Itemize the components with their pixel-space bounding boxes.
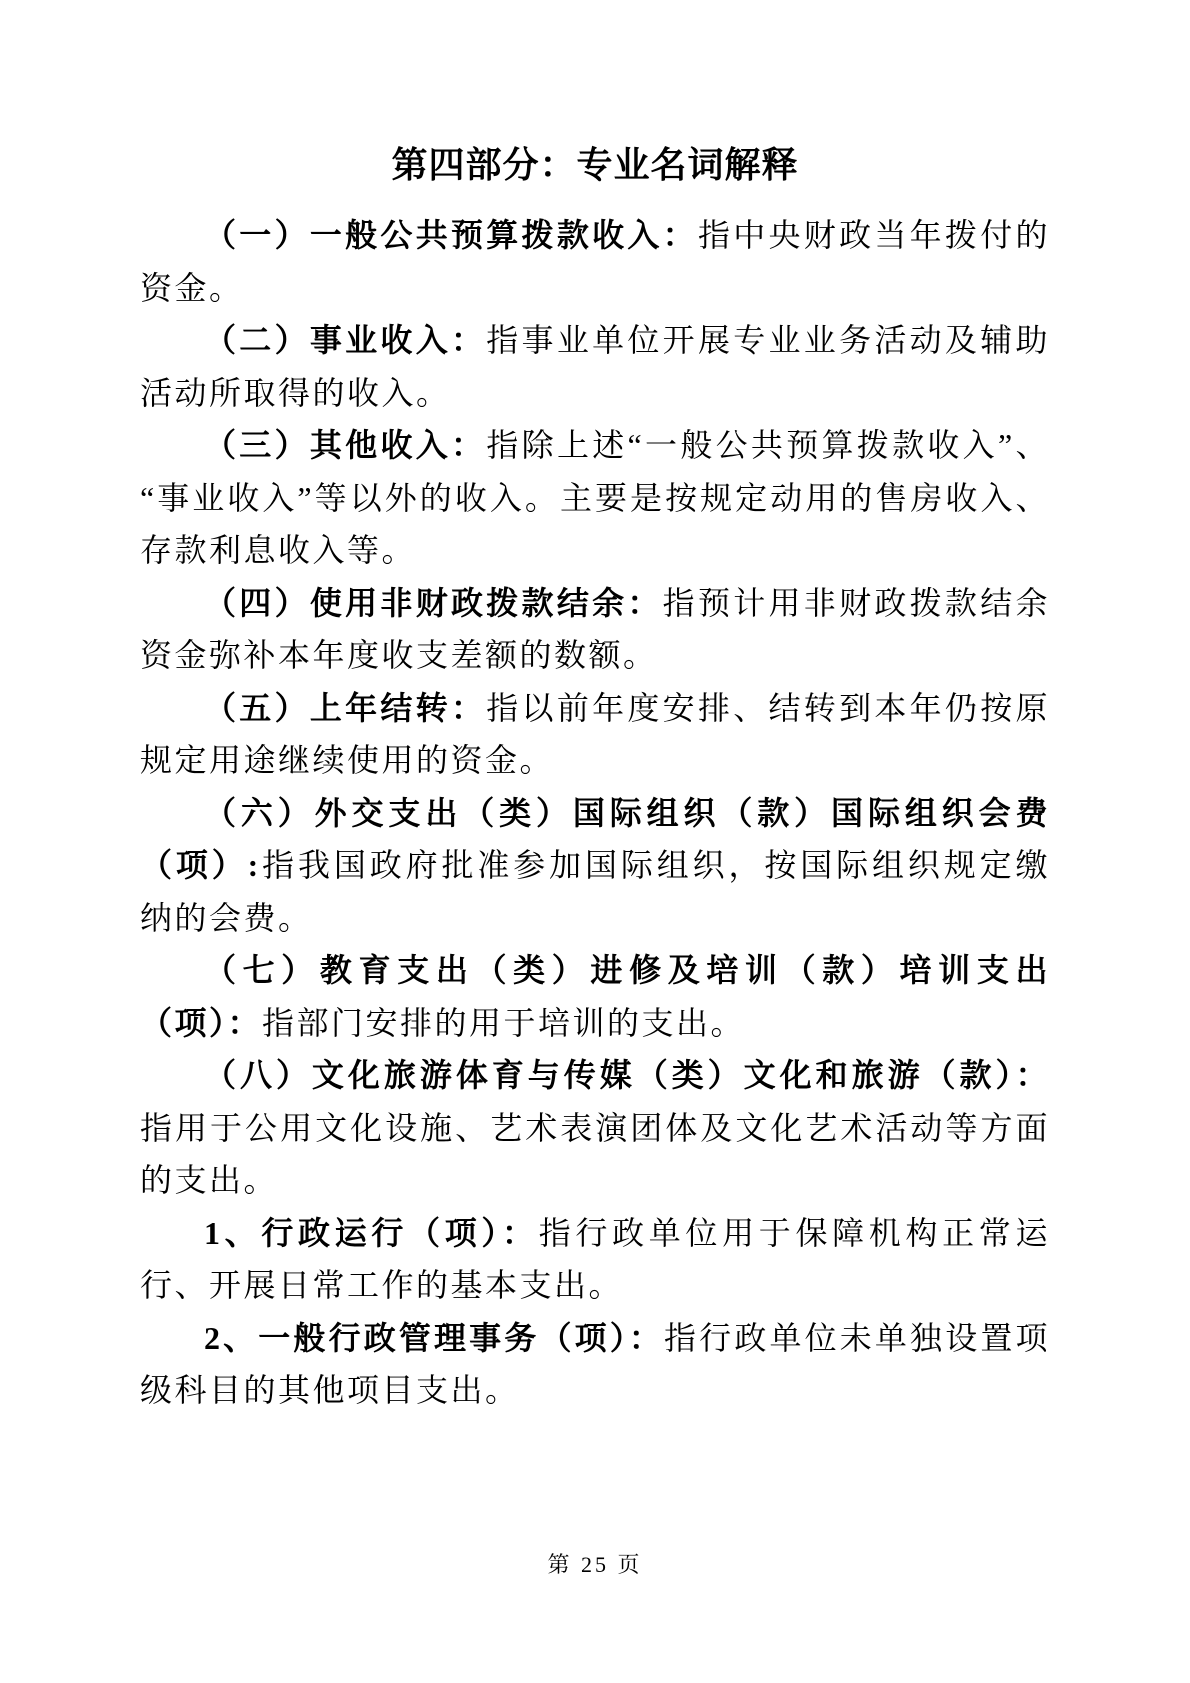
definition-paragraph: （六）外交支出（类）国际组织（款）国际组织会费（项）:指我国政府批准参加国际组织… [140,787,1050,945]
document-page: 第四部分：专业名词解释 （一）一般公共预算拨款收入：指中央财政当年拨付的资金。 … [0,0,1190,1683]
page-title: 第四部分：专业名词解释 [140,135,1050,195]
document-content: 第四部分：专业名词解释 （一）一般公共预算拨款收入：指中央财政当年拨付的资金。 … [140,135,1050,1417]
page-footer: 第 25 页 [0,1548,1190,1579]
term-definition: 指部门安排的用于培训的支出。 [262,1005,745,1041]
definition-paragraph: （三）其他收入：指除上述“一般公共预算拨款收入”、“事业收入”等以外的收入。主要… [140,419,1050,577]
term-label: （二）事业收入： [204,322,486,358]
term-label: 2、一般行政管理事务（项）： [204,1320,664,1356]
term-label: （八）文化旅游体育与传媒（类）文化和旅游（款）： [204,1057,1050,1093]
definition-paragraph: （二）事业收入：指事业单位开展专业业务活动及辅助活动所取得的收入。 [140,314,1050,419]
definition-paragraph: 1、行政运行（项）：指行政单位用于保障机构正常运行、开展日常工作的基本支出。 [140,1207,1050,1312]
definition-paragraph: （一）一般公共预算拨款收入：指中央财政当年拨付的资金。 [140,209,1050,314]
definitions-section: （一）一般公共预算拨款收入：指中央财政当年拨付的资金。 （二）事业收入：指事业单… [140,209,1050,1417]
definition-paragraph: （七）教育支出（类）进修及培训（款）培训支出（项）：指部门安排的用于培训的支出。 [140,944,1050,1049]
term-label: （三）其他收入： [204,427,486,463]
page-number: 第 25 页 [547,1552,642,1577]
term-definition: 指我国政府批准参加国际组织，按国际组织规定缴纳的会费。 [140,847,1050,936]
term-label: （一）一般公共预算拨款收入： [204,217,698,253]
definition-paragraph: （八）文化旅游体育与传媒（类）文化和旅游（款）：指用于公用文化设施、艺术表演团体… [140,1049,1050,1207]
term-definition: 指用于公用文化设施、艺术表演团体及文化艺术活动等方面的支出。 [140,1110,1050,1199]
term-label: （四）使用非财政拨款结余： [204,585,663,621]
definition-paragraph: （四）使用非财政拨款结余：指预计用非财政拨款结余资金弥补本年度收支差额的数额。 [140,577,1050,682]
term-label: 1、行政运行（项）： [204,1215,539,1251]
term-label: （五）上年结转： [204,690,486,726]
definition-paragraph: （五）上年结转：指以前年度安排、结转到本年仍按原规定用途继续使用的资金。 [140,682,1050,787]
definition-paragraph: 2、一般行政管理事务（项）：指行政单位未单独设置项级科目的其他项目支出。 [140,1312,1050,1417]
